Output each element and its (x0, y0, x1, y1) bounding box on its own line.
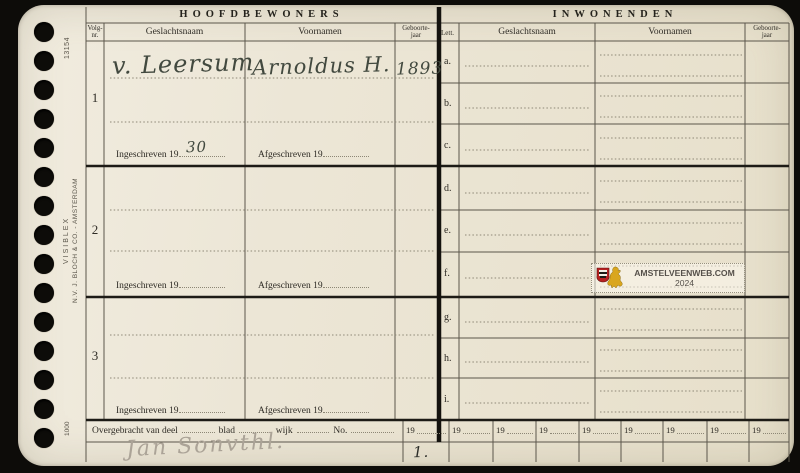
column-header-geboortejaar-line2: jaar (394, 32, 438, 39)
row-letter-e: e. (444, 225, 451, 236)
year-prefix: 19 (752, 425, 761, 435)
year-prefix: 19 (624, 425, 633, 435)
column-header-voornamen: Voornamen (245, 27, 395, 37)
voornamen-entry: Arnoldus H. (252, 52, 391, 80)
row-letter-a: a. (444, 56, 451, 67)
year-prefix: 19 (452, 425, 461, 435)
year-cell: 19 (707, 421, 749, 439)
afgeschreven-row-1: Afgeschreven 19 (258, 147, 369, 160)
volgnr-3: 3 (86, 348, 104, 364)
ingeschreven-row-3: Ingeschreven 19 (116, 403, 225, 416)
dotted-leader (323, 403, 369, 413)
row-letter-i: i. (444, 394, 449, 405)
amstelveen-coat-of-arms-icon (595, 265, 625, 291)
afgeschreven-row-3: Afgeschreven 19 (258, 403, 369, 416)
year-cell: 19 (663, 421, 707, 439)
dotted-leader (763, 426, 786, 434)
dotted-leader (297, 423, 330, 433)
year-cell: 19 (579, 421, 621, 439)
volgnr-2: 2 (86, 222, 104, 238)
afgeschreven-row-2: Afgeschreven 19 (258, 278, 369, 291)
year-prefix: 19 (406, 425, 415, 435)
ingeschreven-row-1: Ingeschreven 19 (116, 147, 225, 160)
column-header-geboortejaar-right-line2: jaar (744, 32, 790, 39)
column-header-geboortejaar: Geboorte- jaar (394, 25, 438, 39)
afgeschreven-label: Afgeschreven 19 (258, 150, 323, 160)
row-letter-g: g. (444, 312, 452, 323)
ingeschreven-label: Ingeschreven 19 (116, 150, 179, 160)
year-cell: 19 (403, 421, 449, 439)
inwonenden-title: INWONENDEN (441, 9, 789, 20)
dotted-leader (179, 278, 225, 288)
dotted-leader (323, 147, 369, 157)
row-letter-h: h. (444, 353, 452, 364)
column-header-volgnr-line2: nr. (85, 32, 105, 39)
column-header-geslachtsnaam-right: Geslachtsnaam (459, 27, 595, 37)
year-prefix: 19 (582, 425, 591, 435)
no-label: No. (333, 426, 347, 436)
year-cell: 19 (749, 421, 789, 439)
dotted-leader (635, 426, 660, 434)
year-prefix: 19 (539, 425, 548, 435)
volgnr-1: 1 (86, 90, 104, 106)
watermark-site: AMSTELVEENWEB.COM (634, 268, 735, 278)
dotted-leader (351, 423, 394, 433)
afgeschreven-label: Afgeschreven 19 (258, 281, 323, 291)
row-letter-d: d. (444, 183, 452, 194)
scanned-card-photo: 13154 VISIBLEX N.V. J. BLOCH & CO. - AMS… (0, 0, 800, 473)
row-letter-b: b. (444, 98, 452, 109)
column-header-volgnr: Volg- nr. (85, 25, 105, 39)
watermark-text-block: AMSTELVEENWEB.COM 2024 (628, 268, 741, 288)
watermark: AMSTELVEENWEB.COM 2024 (591, 263, 745, 293)
ingeschreven-label: Ingeschreven 19 (116, 281, 179, 291)
column-header-lett: Lett. (441, 29, 461, 37)
dotted-leader (721, 426, 746, 434)
year-cell: 19 (621, 421, 663, 439)
year-cell: 19 (493, 421, 536, 439)
dotted-leader (550, 426, 576, 434)
geboortejaar-entry: 1893 (396, 58, 444, 79)
year-cell: 19 (449, 421, 493, 439)
row-letter-c: c. (444, 140, 451, 151)
dotted-leader (593, 426, 618, 434)
dotted-leader (179, 147, 225, 157)
row-letter-f: f. (444, 268, 450, 279)
hoofdbewoners-title: HOOFDBEWONERS (86, 9, 437, 20)
column-header-voornamen-right: Voornamen (595, 27, 745, 37)
column-header-geboortejaar-right-line1: Geboorte- (744, 25, 790, 32)
ingeschreven-row-2: Ingeschreven 19 (116, 278, 225, 291)
ingeschreven-label: Ingeschreven 19 (116, 406, 179, 416)
column-header-volgnr-line1: Volg- (85, 25, 105, 32)
column-header-geboortejaar-right: Geboorte- jaar (744, 25, 790, 39)
geslachtsnaam-entry: v. Leersum (112, 48, 255, 80)
year-prefix: 19 (496, 425, 505, 435)
dotted-leader (463, 426, 490, 434)
column-header-geboortejaar-line1: Geboorte- (394, 25, 438, 32)
year-prefix: 19 (710, 425, 719, 435)
year-cell: 19 (536, 421, 579, 439)
dotted-leader (417, 426, 446, 434)
year-prefix: 19 (666, 425, 675, 435)
column-header-geslachtsnaam: Geslachtsnaam (104, 27, 245, 37)
dotted-leader (507, 426, 533, 434)
dotted-leader (323, 278, 369, 288)
dotted-leader (179, 403, 225, 413)
dotted-leader (677, 426, 704, 434)
watermark-year: 2024 (675, 278, 694, 288)
afgeschreven-label: Afgeschreven 19 (258, 406, 323, 416)
dotted-leader (182, 423, 215, 433)
bottom-first-year-entry: 1. (413, 443, 430, 461)
